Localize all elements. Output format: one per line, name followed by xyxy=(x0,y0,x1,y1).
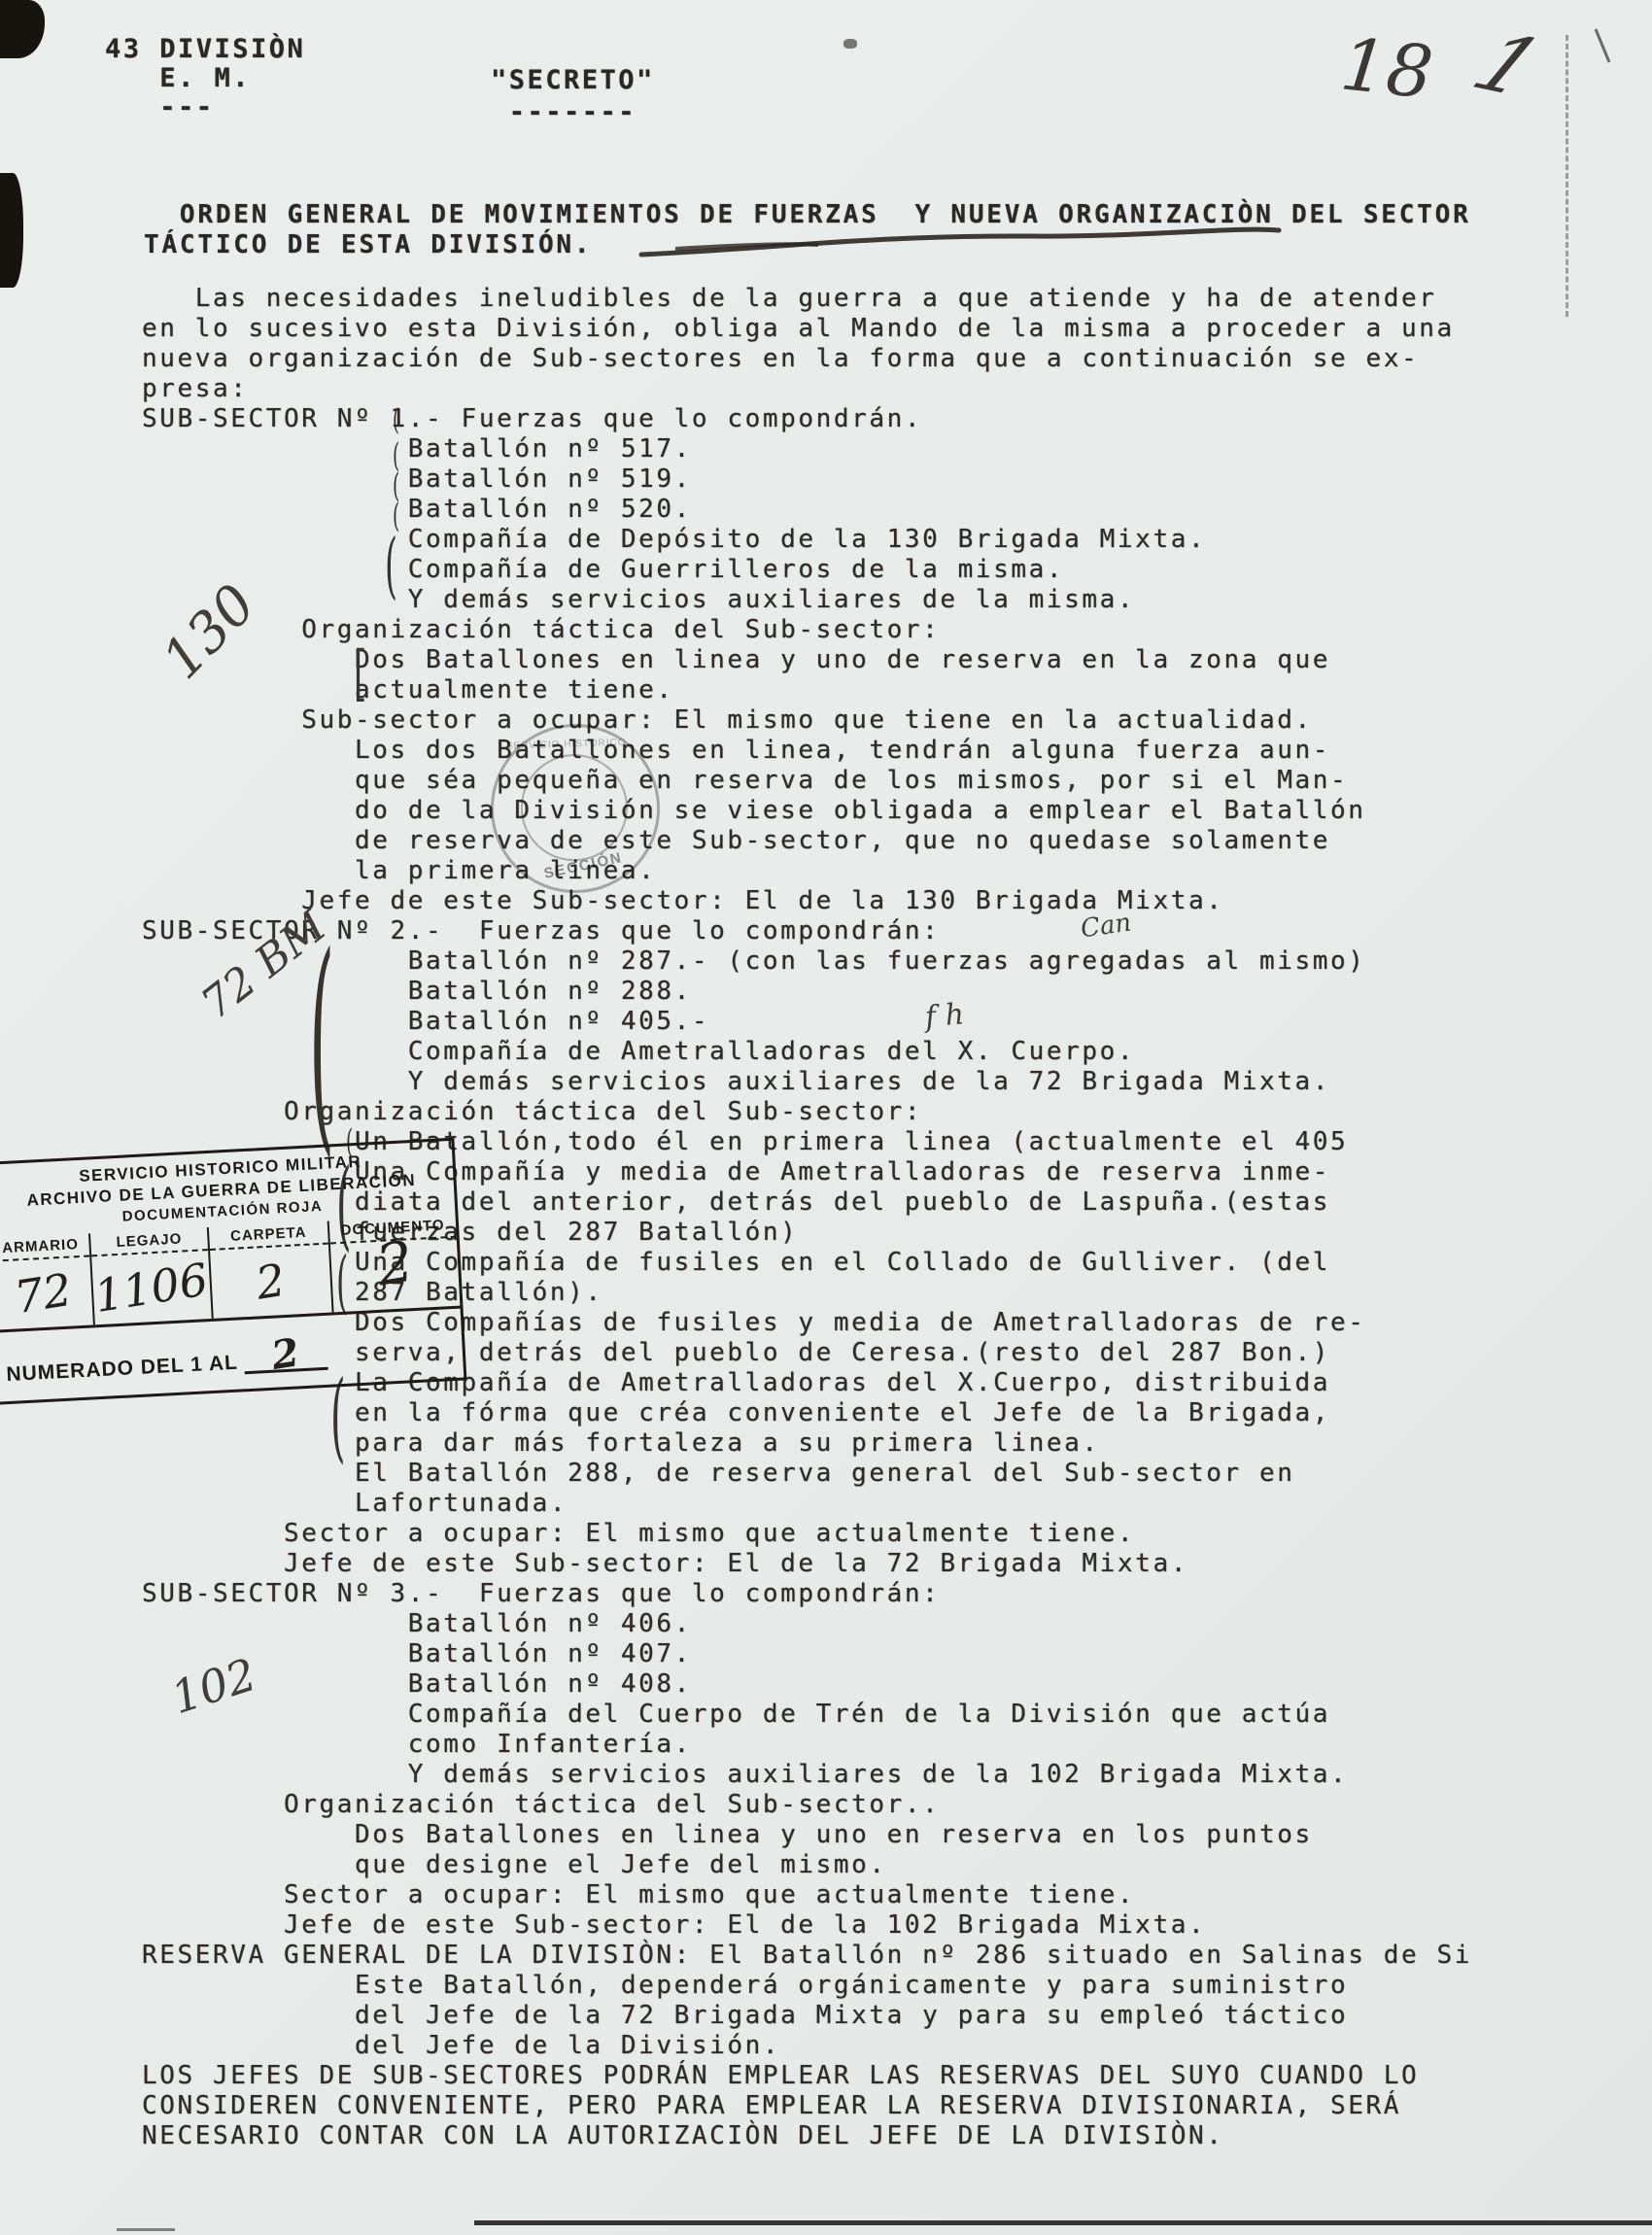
archive-stamp-footer-value: 2 xyxy=(268,1329,303,1379)
scanned-document-page: { "page": { "paper_color": "#e9edeb", "i… xyxy=(0,0,1652,2235)
archive-stamp-value-legajo: 1106 xyxy=(91,1253,212,1323)
paper-fold-dotted-line xyxy=(1566,35,1568,317)
archive-stamp-value-armario: 72 xyxy=(11,1263,75,1324)
hand-paren-annotation: ( xyxy=(385,530,397,602)
archive-stamp-value-carpeta: 2 xyxy=(253,1254,289,1310)
scan-bottom-left-speck xyxy=(117,2228,175,2231)
document-title: ORDEN GENERAL DE MOVIMIENTOS DE FUERZAS … xyxy=(144,200,1471,260)
page-number-annotation-2: 1 xyxy=(1458,17,1559,114)
archive-stamp-footer-label: NUMERADO DEL 1 AL xyxy=(6,1352,238,1386)
classification-block: "SECRETO" ------- xyxy=(491,64,655,128)
scan-top-right-speck xyxy=(843,39,857,49)
hand-paren-annotation: ( xyxy=(309,925,334,1158)
scan-bottom-line xyxy=(474,2220,1652,2225)
archive-stamp-box: SERVICIO HISTORICO MILITAR ARCHIVO DE LA… xyxy=(0,1138,466,1405)
header-unit-block: 43 DIVISIÒN E. M. --- xyxy=(105,35,305,122)
scan-corner-blob xyxy=(0,0,45,58)
hand-bracket-annotation: [ xyxy=(354,643,366,704)
archive-stamp-value-documento: 2 xyxy=(371,1228,417,1299)
inline-note-fh: f h xyxy=(924,997,966,1034)
scan-left-edge-blob xyxy=(0,173,23,288)
hand-paren-annotation: ( xyxy=(393,406,399,435)
page-number-annotation: 18 xyxy=(1337,22,1437,115)
